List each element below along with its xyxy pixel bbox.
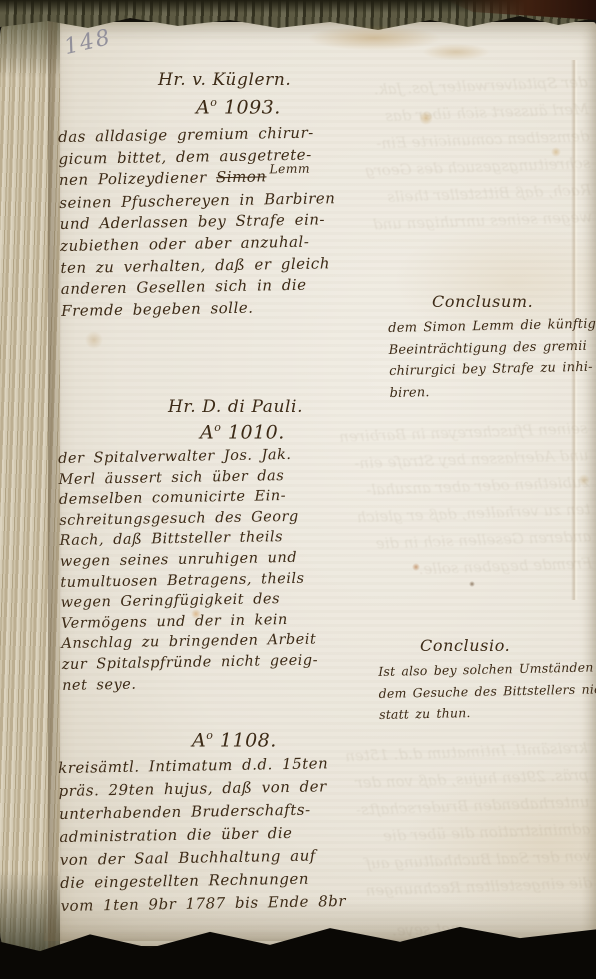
anno-superscript: o [210, 96, 217, 109]
conclusion-line: statt zu thun. [379, 699, 594, 725]
entry-heading: Hr. D. di Pauli. [168, 397, 303, 417]
anno-superscript: o [206, 729, 213, 742]
anno-value: 1093. [224, 96, 281, 118]
conclusion-body: Ist also bey solchen Umständen dem Gesuc… [378, 656, 594, 725]
anno-value: 1010. [228, 421, 285, 443]
anno-prefix: A [196, 96, 210, 118]
correction-context: nen Polizeydiener [59, 169, 207, 190]
inserted-word: Lemm [269, 162, 310, 177]
entry-body: das alldasige gremium chirur- gicum bitt… [58, 121, 391, 322]
anno-prefix: A [192, 729, 206, 751]
entry-heading: Hr. v. Küglern. [158, 70, 291, 90]
conclusion-heading: Conclusum. [432, 292, 533, 311]
conclusion-body: dem Simon Lemm die künftige Beeinträchti… [388, 314, 596, 404]
manuscript-scan: der Spitalverwalter Jos. Jak. Merl äusse… [0, 0, 596, 979]
anno-superscript: o [214, 421, 221, 434]
entry-body: kreisämtl. Intimatum d.d. 15ten präs. 29… [58, 751, 409, 918]
entry-number: Ao 1093. [196, 96, 281, 118]
entry-number: Ao 1010. [200, 421, 285, 443]
anno-prefix: A [200, 421, 214, 443]
conclusion-heading: Conclusio. [420, 636, 510, 655]
conclusion-line: chirurgici bey Strafe zu inhi- [389, 357, 595, 383]
struck-word: Simon [216, 168, 267, 187]
conclusion-line: biren. [389, 378, 595, 404]
anno-value: 1108. [220, 729, 277, 751]
conclusion-line: dem Gesuche des Bittstellers nicht [378, 678, 593, 704]
entry-body: der Spitalverwalter Jos. Jak. Merl äusse… [58, 443, 394, 696]
entry-number: Ao 1108. [192, 729, 277, 751]
